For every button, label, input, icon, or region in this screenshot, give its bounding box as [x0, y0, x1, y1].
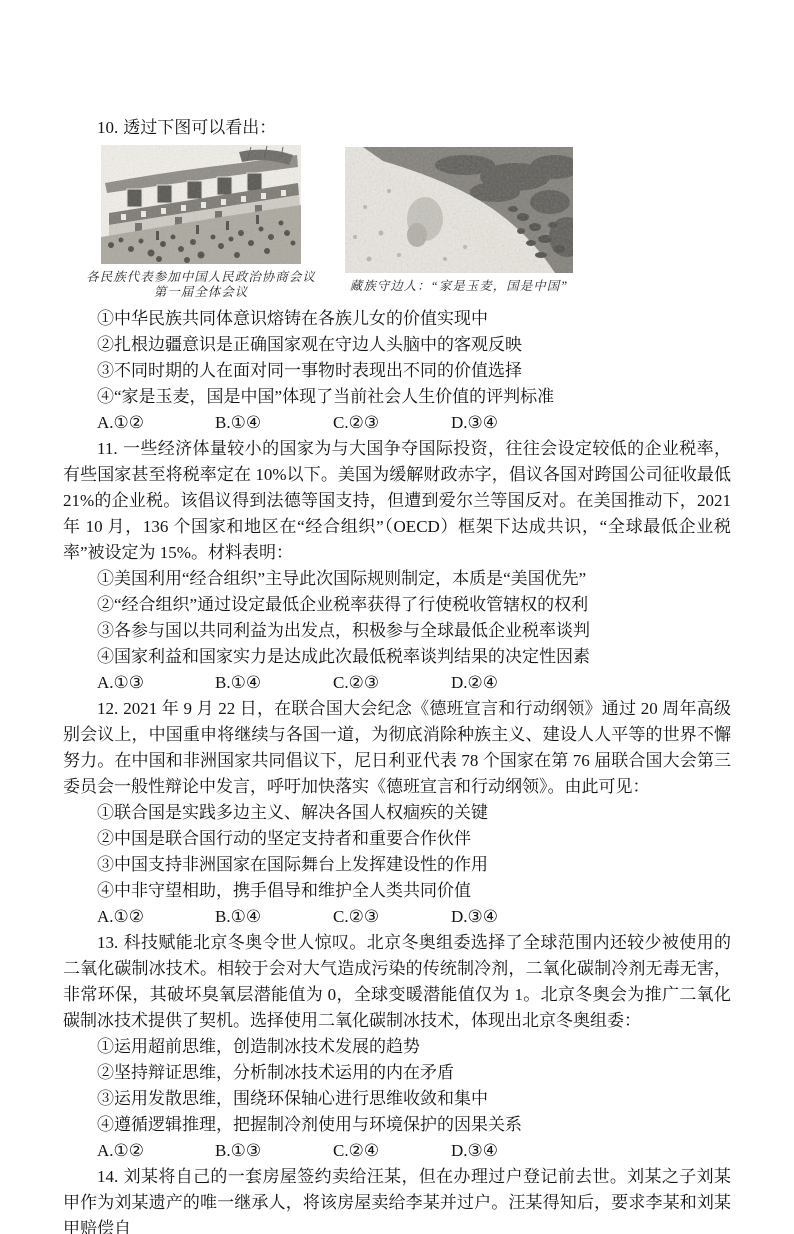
question-14: 14.刘某将自己的一套房屋签约卖给汪某，但在办理过户登记前去世。刘某之子刘某甲作…	[63, 1164, 731, 1234]
question-11: 11.一些经济体量较小的国家为与大国争夺国际投资，往往会设定较低的企业税率，有些…	[63, 436, 731, 696]
question-14-number: 14.	[97, 1167, 118, 1186]
question-14-stem-text: 刘某将自己的一套房屋签约卖给汪某，但在办理过户登记前去世。刘某之子刘某甲作为刘某…	[63, 1167, 731, 1234]
question-12: 12.2021 年 9 月 22 日，在联合国大会纪念《德班宣言和行动纲领》通过…	[63, 696, 731, 930]
choice-a: A.①②	[97, 904, 215, 930]
choice-b: B.①④	[215, 410, 333, 436]
question-13-choices: A.①②B.①③C.②④D.③④	[63, 1138, 731, 1164]
question-10-figures: 各民族代表参加中国人民政治协商会议 第一届全体会议	[81, 145, 731, 300]
question-11-option-4: ④国家利益和国家实力是达成此次最低税率谈判结果的决定性因素	[63, 644, 731, 670]
question-12-stem-text: 2021 年 9 月 22 日，在联合国大会纪念《德班宣言和行动纲领》通过 20…	[63, 699, 731, 796]
question-10-stem: 10.透过下图可以看出：	[63, 115, 731, 141]
figure-cppcc: 各民族代表参加中国人民政治协商会议 第一届全体会议	[81, 145, 321, 300]
question-12-option-2: ②中国是联合国行动的坚定支持者和重要合作伙伴	[63, 826, 731, 852]
question-13-stem-text: 科技赋能北京冬奥令世人惊叹。北京冬奥组委选择了全球范围内还较少被使用的二氧化碳制…	[63, 933, 731, 1030]
question-14-stem: 14.刘某将自己的一套房屋签约卖给汪某，但在办理过户登记前去世。刘某之子刘某甲作…	[63, 1164, 731, 1234]
caption-line-1: 各民族代表参加中国人民政治协商会议	[81, 270, 321, 285]
question-10-option-3: ③不同时期的人在面对同一事物时表现出不同的价值选择	[63, 358, 731, 384]
choice-d: D.②④	[451, 670, 498, 696]
choice-c: C.②③	[333, 410, 451, 436]
choice-d: D.③④	[451, 904, 498, 930]
question-10-option-1: ①中华民族共同体意识熔铸在各族儿女的价值实现中	[63, 306, 731, 332]
choice-c: C.②③	[333, 904, 451, 930]
tibetan-border-guard-photo	[345, 147, 573, 273]
question-11-option-1: ①美国利用“经合组织”主导此次国际规则制定，本质是“美国优先”	[63, 566, 731, 592]
question-13-number: 13.	[97, 933, 118, 952]
figure-cppcc-caption: 各民族代表参加中国人民政治协商会议 第一届全体会议	[81, 270, 321, 300]
choice-b: B.①④	[215, 670, 333, 696]
question-13-stem: 13.科技赋能北京冬奥令世人惊叹。北京冬奥组委选择了全球范围内还较少被使用的二氧…	[63, 930, 731, 1034]
question-10-stem-text: 透过下图可以看出：	[123, 118, 276, 137]
question-11-option-3: ③各参与国以共同利益为出发点，积极参与全球最低企业税率谈判	[63, 618, 731, 644]
choice-b: B.①④	[215, 904, 333, 930]
question-13-option-3: ③运用发散思维，围绕环保轴心进行思维收敛和集中	[63, 1086, 731, 1112]
question-12-option-3: ③中国支持非洲国家在国际舞台上发挥建设性的作用	[63, 852, 731, 878]
question-12-number: 12.	[97, 699, 118, 718]
caption-line: 藏族守边人：“家是玉麦，国是中国”	[343, 279, 575, 294]
question-11-number: 11.	[97, 439, 118, 458]
question-11-stem-text: 一些经济体量较小的国家为与大国争夺国际投资，往往会设定较低的企业税率，有些国家甚…	[63, 439, 731, 562]
choice-a: A.①②	[97, 410, 215, 436]
question-10-option-4: ④“家是玉麦，国是中国”体现了当前社会人生价值的评判标准	[63, 384, 731, 410]
question-11-option-2: ②“经合组织”通过设定最低企业税率获得了行使税收管辖权的权利	[63, 592, 731, 618]
caption-line-2: 第一届全体会议	[81, 285, 321, 300]
question-13-option-2: ②坚持辩证思维，分析制冰技术运用的内在矛盾	[63, 1060, 731, 1086]
page-content: 10.透过下图可以看出：	[63, 115, 731, 1234]
cppcc-first-plenary-photo	[101, 145, 301, 264]
choice-d: D.③④	[451, 410, 498, 436]
choice-c: C.②④	[333, 1138, 451, 1164]
question-10-choices: A.①②B.①④C.②③D.③④	[63, 410, 731, 436]
choice-c: C.②③	[333, 670, 451, 696]
question-13-option-1: ①运用超前思维，创造制冰技术发展的趋势	[63, 1034, 731, 1060]
question-10-number: 10.	[97, 118, 118, 137]
choice-a: A.①②	[97, 1138, 215, 1164]
question-12-choices: A.①②B.①④C.②③D.③④	[63, 904, 731, 930]
figure-border-guard: 藏族守边人：“家是玉麦，国是中国”	[343, 147, 575, 294]
choice-b: B.①③	[215, 1138, 333, 1164]
question-13: 13.科技赋能北京冬奥令世人惊叹。北京冬奥组委选择了全球范围内还较少被使用的二氧…	[63, 930, 731, 1164]
question-10-option-2: ②扎根边疆意识是正确国家观在守边人头脑中的客观反映	[63, 332, 731, 358]
question-12-option-1: ①联合国是实践多边主义、解决各国人权痼疾的关键	[63, 800, 731, 826]
question-11-stem: 11.一些经济体量较小的国家为与大国争夺国际投资，往往会设定较低的企业税率，有些…	[63, 436, 731, 566]
question-12-stem: 12.2021 年 9 月 22 日，在联合国大会纪念《德班宣言和行动纲领》通过…	[63, 696, 731, 800]
question-12-option-4: ④中非守望相助，携手倡导和维护全人类共同价值	[63, 878, 731, 904]
question-13-option-4: ④遵循逻辑推理，把握制冷剂使用与环境保护的因果关系	[63, 1112, 731, 1138]
question-11-choices: A.①③B.①④C.②③D.②④	[63, 670, 731, 696]
exam-page: 10.透过下图可以看出：	[0, 0, 794, 1234]
choice-d: D.③④	[451, 1138, 498, 1164]
figure-border-guard-caption: 藏族守边人：“家是玉麦，国是中国”	[343, 279, 575, 294]
choice-a: A.①③	[97, 670, 215, 696]
question-10: 10.透过下图可以看出：	[63, 115, 731, 436]
